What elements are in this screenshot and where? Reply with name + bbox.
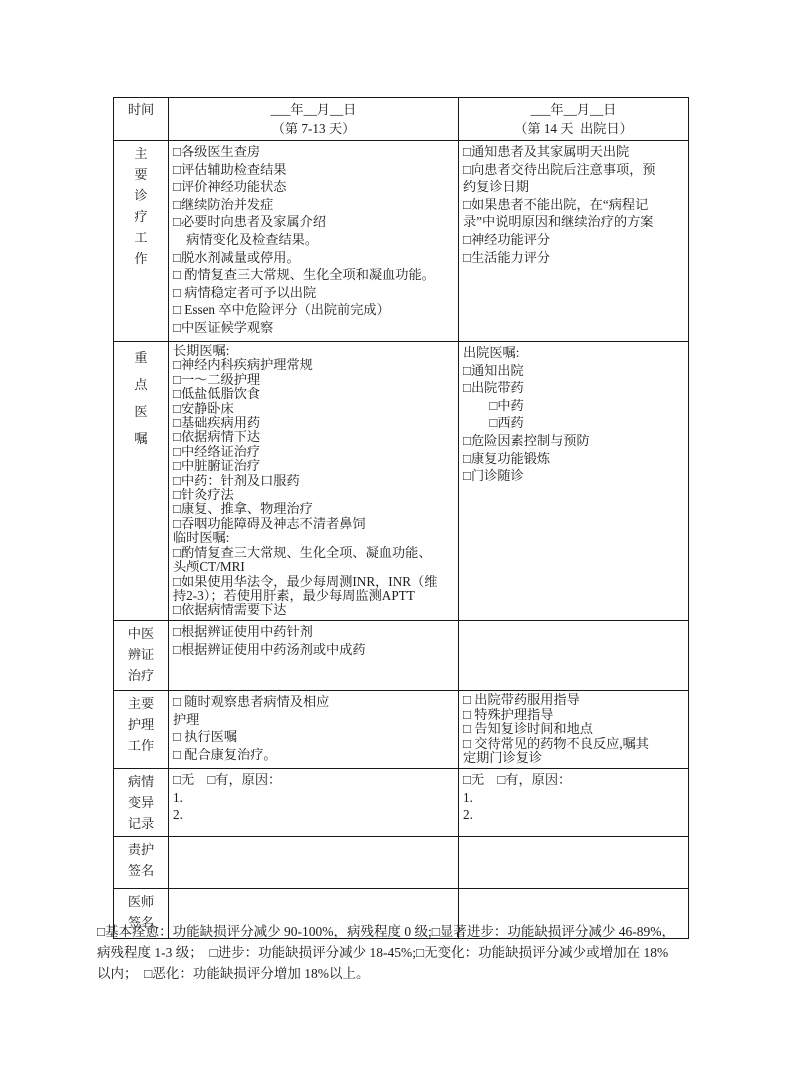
- header-row: 时间 ___年__月__日（第 7-13 天） ___年__月__日（第 14 …: [114, 98, 689, 141]
- text-line: □危险因素控制与预防: [463, 432, 684, 450]
- row-label-condition-variation: 病情变异记录: [114, 768, 169, 836]
- text-line: （第 14 天 出院日）: [463, 119, 684, 138]
- text-line: □根据辨证使用中药针剂: [173, 623, 454, 641]
- text-line: □ 执行医嘱: [173, 728, 454, 746]
- cell-main-treatment-discharge: □通知患者及其家属明天出院□向患者交待出院后注意事项，预约复诊日期□如果患者不能…: [459, 141, 689, 342]
- text-line: □ 配合康复治疗。: [173, 746, 454, 764]
- text-line: 主要: [118, 693, 164, 714]
- text-line: 作: [118, 248, 164, 269]
- cell-key-orders-day7-13: 长期医嘱:□神经内科疾病护理常规□一～二级护理□低盐低脂饮食□安静卧床□基础疾病…: [169, 342, 459, 621]
- text-line: □脱水剂减量或停用。: [173, 249, 454, 267]
- text-line: 医师: [118, 891, 164, 912]
- cell-variation-discharge: □无 □有，原因：1.2.: [459, 768, 689, 836]
- text-line: 病情: [118, 771, 164, 792]
- text-line: 出院医嘱:: [463, 344, 684, 362]
- text-line: □ 出院带药服用指导: [463, 693, 684, 708]
- text-line: □如果使用华法令，最少每周测INR，INR（维: [173, 575, 454, 589]
- text-line: □通知患者及其家属明天出院: [463, 143, 684, 161]
- text-line: 护理: [173, 711, 454, 729]
- text-line: 病残程度 1-3 级； □进步：功能缺损评分减少 18-45%;□无变化：功能缺…: [97, 942, 713, 963]
- row-label-key-orders: 重点医嘱: [114, 342, 169, 621]
- header-period-discharge: ___年__月__日（第 14 天 出院日）: [459, 98, 689, 141]
- text-line: 2.: [173, 806, 454, 824]
- text-line: 诊: [118, 185, 164, 206]
- text-line: 护理: [118, 714, 164, 735]
- cell-main-treatment-day7-13: □各级医生查房□评估辅助检查结果□评价神经功能状态□继续防治并发症□必要时向患者…: [169, 141, 459, 342]
- text-line: □依据病情下达: [173, 430, 454, 444]
- text-line: □酌情复查三大常规、生化全项、凝血功能、: [173, 546, 454, 560]
- cell-key-orders-discharge: 出院医嘱:□通知出院□出院带药 □中药 □西药□危险因素控制与预防□康复功能锻炼…: [459, 342, 689, 621]
- text-line: □门诊随诊: [463, 467, 684, 485]
- text-line: 头颅CT/MRI: [173, 560, 454, 574]
- text-line: □向患者交待出院后注意事项，预: [463, 161, 684, 179]
- row-condition-variation-record: 病情变异记录 □无 □有，原因：1.2. □无 □有，原因：1.2.: [114, 768, 689, 836]
- text-line: □吞咽功能障碍及神志不清者鼻饲: [173, 517, 454, 531]
- text-line: 重: [118, 344, 164, 371]
- text-line: □中药：针剂及口服药: [173, 474, 454, 488]
- text-line: 约复诊日期: [463, 178, 684, 196]
- header-time-label: 时间: [114, 98, 169, 141]
- text-line: 辨证: [118, 644, 164, 665]
- text-line: 2.: [463, 806, 684, 824]
- text-line: □根据辨证使用中药汤剂或中成药: [173, 641, 454, 659]
- text-line: □中药: [463, 397, 684, 415]
- text-line: □依据病情需要下达: [173, 603, 454, 617]
- text-line: □继续防治并发症: [173, 196, 454, 214]
- cell-variation-day7-13: □无 □有，原因：1.2.: [169, 768, 459, 836]
- row-label-tcm-syndrome-treatment: 中医辨证治疗: [114, 621, 169, 691]
- text-line: 记录: [118, 813, 164, 834]
- cell-nursing-day7-13: □ 随时观察患者病情及相应护理□ 执行医嘱□ 配合康复治疗。: [169, 691, 459, 769]
- text-line: 以内； □恶化：功能缺损评分增加 18%以上。: [97, 963, 713, 984]
- text-line: 病情变化及检查结果。: [173, 231, 454, 249]
- text-line: 治疗: [118, 665, 164, 686]
- text-line: □基本痊愈：功能缺损评分减少 90-100%，病残程度 0 级;□显著进步：功能…: [97, 921, 713, 942]
- text-line: 点: [118, 371, 164, 398]
- text-line: 工: [118, 227, 164, 248]
- text-line: ___年__月__日: [173, 100, 454, 119]
- text-line: □ 酌情复查三大常规、生化全项和凝血功能。: [173, 266, 454, 284]
- text-line: □西药: [463, 414, 684, 432]
- text-line: □低盐低脂饮食: [173, 387, 454, 401]
- text-line: □ Essen 卒中危险评分（出院前完成）: [173, 301, 454, 319]
- row-label-main-treatment-work: 主要诊疗工作: [114, 141, 169, 342]
- text-line: □ 特殊护理指导: [463, 708, 684, 723]
- text-line: 嘱: [118, 425, 164, 452]
- text-line: □ 告知复诊时间和地点: [463, 722, 684, 737]
- row-tcm-syndrome-treatment: 中医辨证治疗 □根据辨证使用中药针剂□根据辨证使用中药汤剂或中成药: [114, 621, 689, 691]
- text-line: □神经功能评分: [463, 231, 684, 249]
- text-line: 变异: [118, 792, 164, 813]
- text-line: 中医: [118, 623, 164, 644]
- text-line: □神经内科疾病护理常规: [173, 358, 454, 372]
- text-line: □生活能力评分: [463, 249, 684, 267]
- text-line: 签名: [118, 860, 164, 881]
- text-line: ___年__月__日: [463, 100, 684, 119]
- text-line: □无 □有，原因：: [463, 771, 684, 789]
- text-line: 工作: [118, 735, 164, 756]
- row-nurse-signature: 责护签名: [114, 836, 689, 888]
- text-line: □无 □有，原因：: [173, 771, 454, 789]
- text-line: □ 病情稳定者可予以出院: [173, 284, 454, 302]
- row-main-nursing-work: 主要护理工作 □ 随时观察患者病情及相应护理□ 执行医嘱□ 配合康复治疗。 □ …: [114, 691, 689, 769]
- cell-tcm-treatment-day7-13: □根据辨证使用中药针剂□根据辨证使用中药汤剂或中成药: [169, 621, 459, 691]
- clinical-pathway-table: 时间 ___年__月__日（第 7-13 天） ___年__月__日（第 14 …: [113, 97, 689, 939]
- text-line: □中医证候学观察: [173, 319, 454, 337]
- text-line: □必要时向患者及家属介绍: [173, 213, 454, 231]
- text-line: □ 随时观察患者病情及相应: [173, 693, 454, 711]
- outcome-grading-legend: □基本痊愈：功能缺损评分减少 90-100%，病残程度 0 级;□显著进步：功能…: [97, 921, 713, 984]
- text-line: □康复功能锻炼: [463, 450, 684, 468]
- text-line: □各级医生查房: [173, 143, 454, 161]
- row-label-nurse-signature: 责护签名: [114, 836, 169, 888]
- text-line: □如果患者不能出院，在“病程记: [463, 196, 684, 214]
- text-line: □中脏腑证治疗: [173, 459, 454, 473]
- cell-nursing-discharge: □ 出院带药服用指导□ 特殊护理指导□ 告知复诊时间和地点□ 交待常见的药物不良…: [459, 691, 689, 769]
- cell-tcm-treatment-discharge: [459, 621, 689, 691]
- row-main-treatment-work: 主要诊疗工作 □各级医生查房□评估辅助检查结果□评价神经功能状态□继续防治并发症…: [114, 141, 689, 342]
- text-line: □安静卧床: [173, 402, 454, 416]
- cell-nurse-signature-discharge: [459, 836, 689, 888]
- text-line: 要: [118, 164, 164, 185]
- text-line: □通知出院: [463, 362, 684, 380]
- text-line: 主: [118, 143, 164, 164]
- text-line: 1.: [173, 789, 454, 807]
- text-line: □评估辅助检查结果: [173, 161, 454, 179]
- text-line: （第 7-13 天）: [173, 119, 454, 138]
- text-line: □康复、推拿、物理治疗: [173, 502, 454, 516]
- text-line: 录”中说明原因和继续治疗的方案: [463, 213, 684, 231]
- text-line: □评价神经功能状态: [173, 178, 454, 196]
- text-line: 临时医嘱:: [173, 531, 454, 545]
- cell-nurse-signature-day7-13: [169, 836, 459, 888]
- text-line: 医: [118, 398, 164, 425]
- text-line: 疗: [118, 206, 164, 227]
- text-line: 1.: [463, 789, 684, 807]
- text-line: □出院带药: [463, 379, 684, 397]
- row-label-main-nursing-work: 主要护理工作: [114, 691, 169, 769]
- text-line: 定期门诊复诊: [463, 751, 684, 766]
- text-line: 责护: [118, 839, 164, 860]
- header-period-day7-13: ___年__月__日（第 7-13 天）: [169, 98, 459, 141]
- row-key-orders: 重点医嘱 长期医嘱:□神经内科疾病护理常规□一～二级护理□低盐低脂饮食□安静卧床…: [114, 342, 689, 621]
